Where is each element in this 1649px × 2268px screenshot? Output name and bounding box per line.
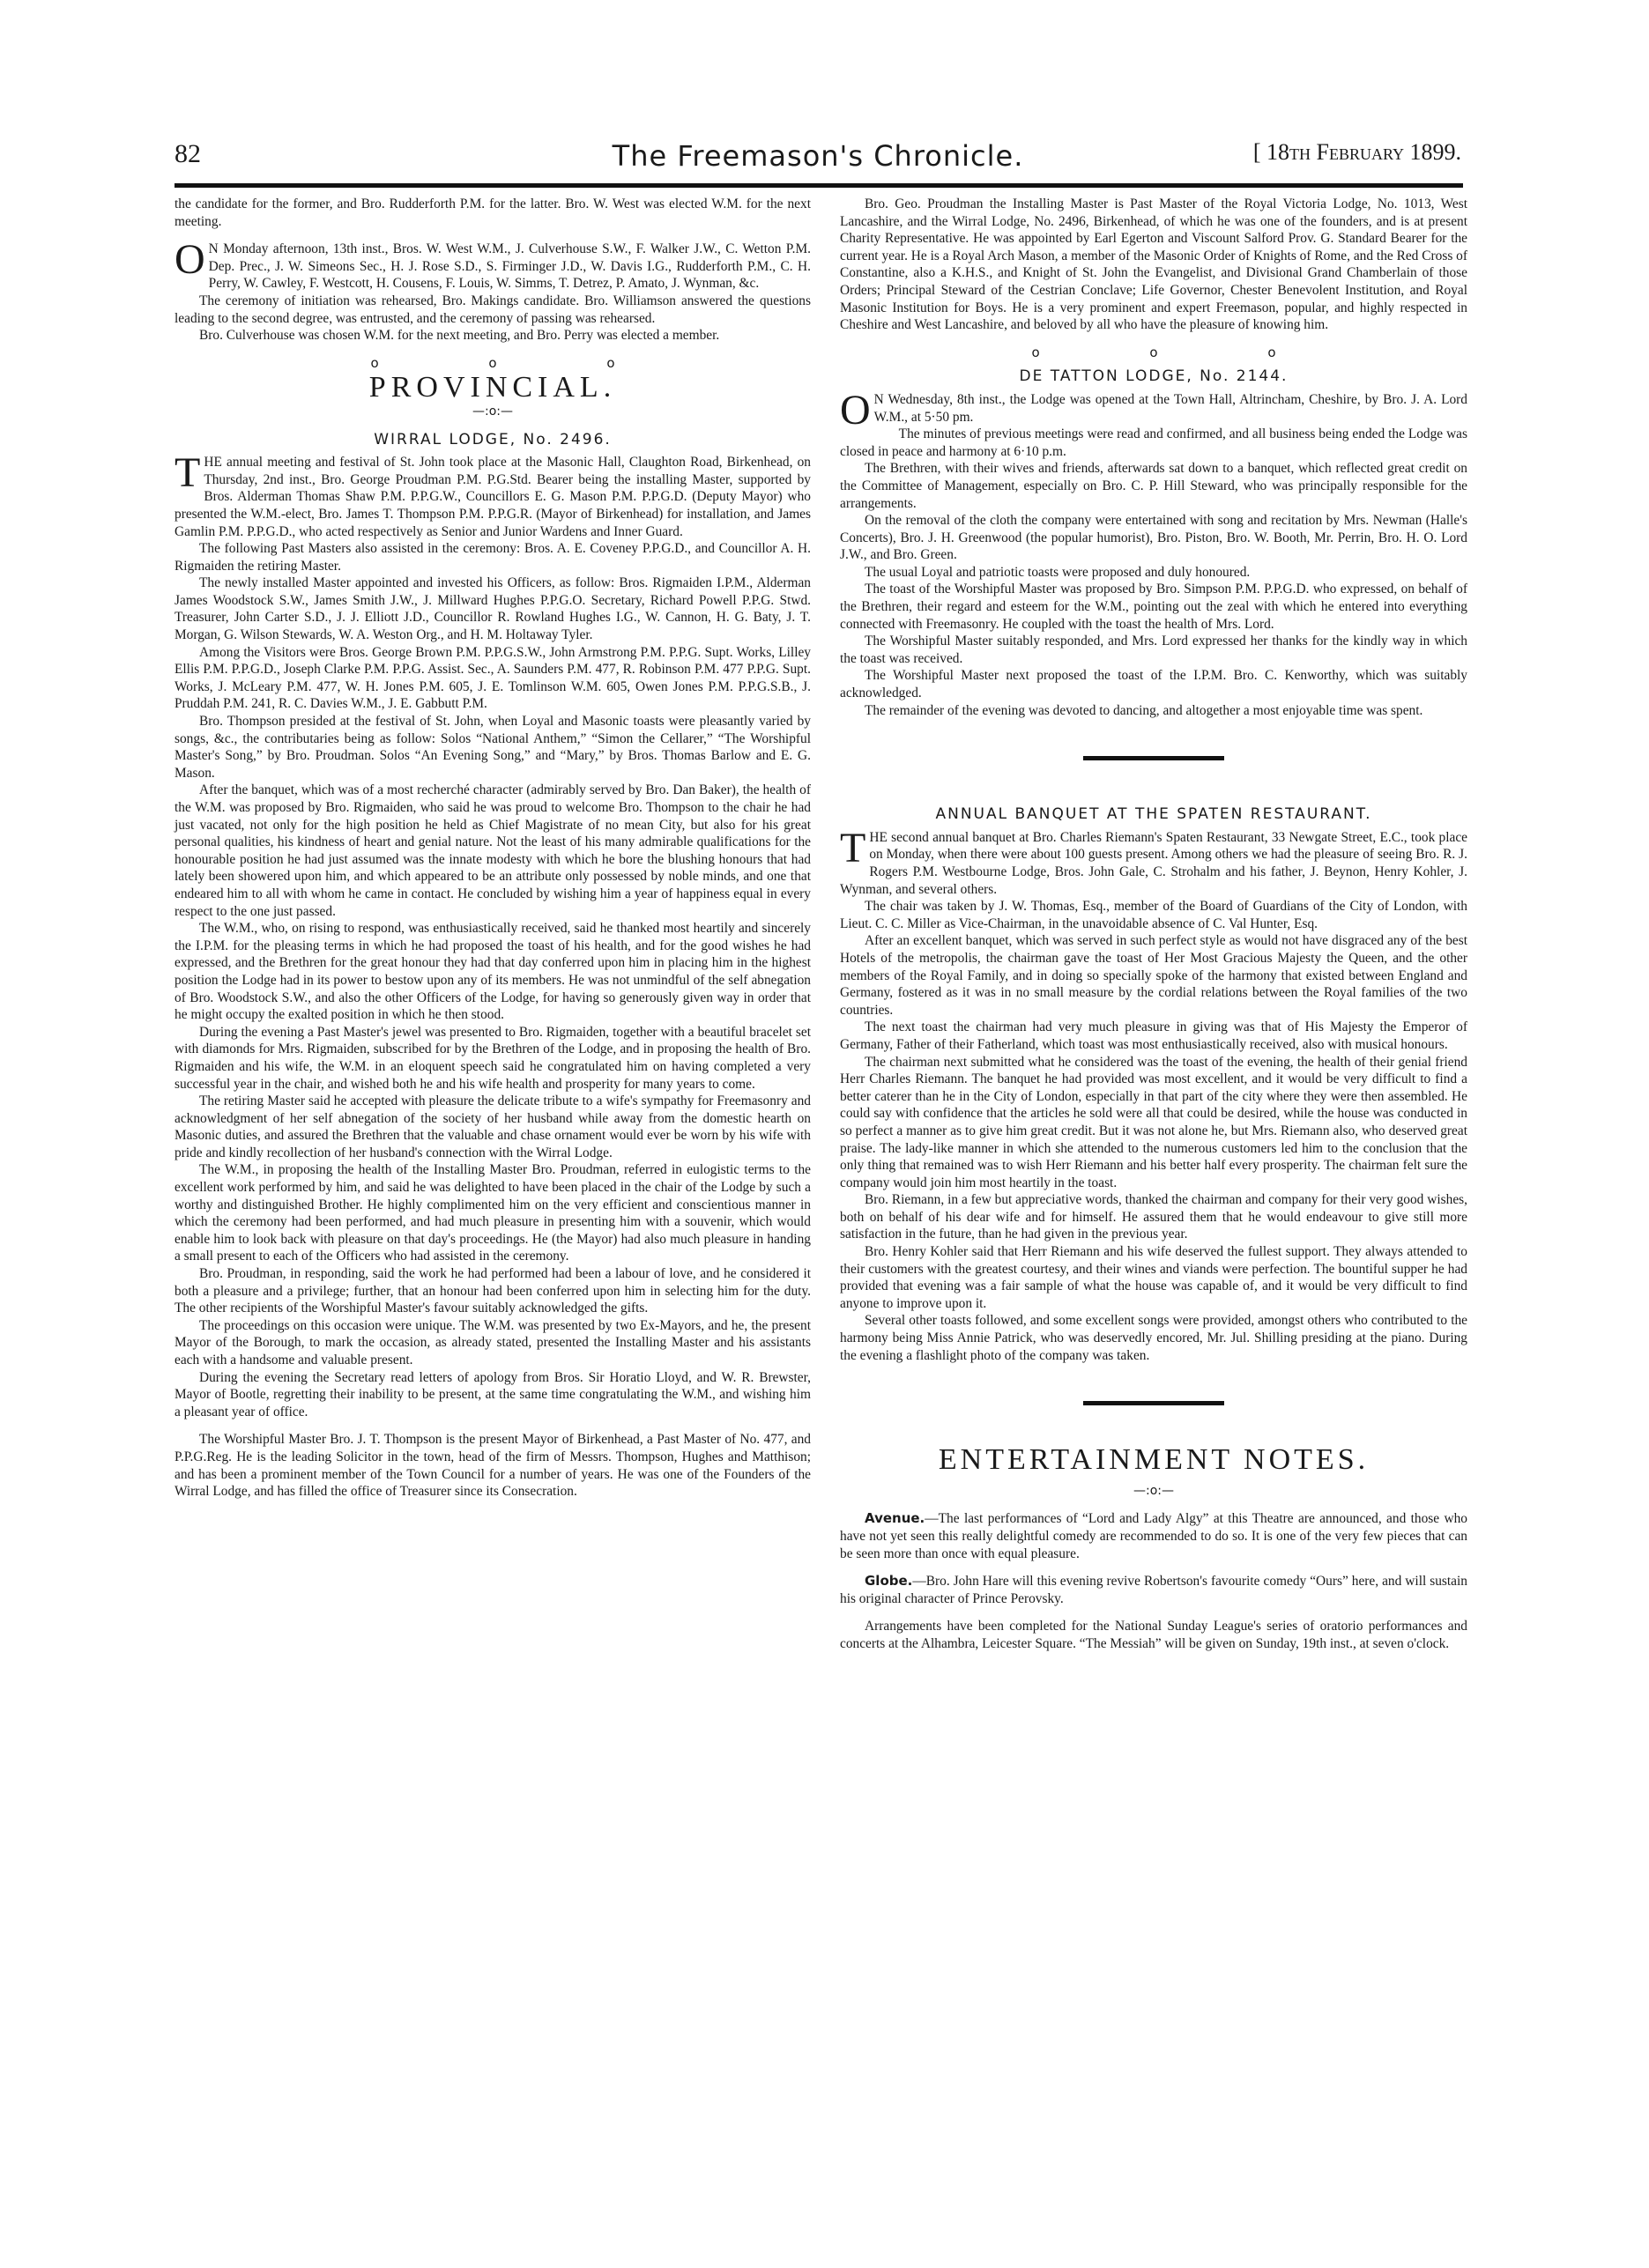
article-lead-paragraph: O N Wednesday, 8th inst., the Lodge was …: [840, 391, 1467, 426]
paragraph: During the evening the Secretary read le…: [175, 1369, 811, 1421]
section-ornament: o o o: [175, 355, 811, 373]
paragraph: The newly installed Master appointed and…: [175, 574, 811, 643]
paragraph: Bro. Henry Kohler said that Herr Riemann…: [840, 1243, 1467, 1312]
masthead: 82 The Freemason's Chronicle. [ 18th Feb…: [175, 139, 1461, 183]
paragraph: On the removal of the cloth the company …: [840, 512, 1467, 564]
entertainment-note-globe: Globe.—Bro. John Hare will this evening …: [840, 1573, 1467, 1607]
entertainment-note-sunday-league: Arrangements have been completed for the…: [840, 1618, 1467, 1652]
entertainment-note-avenue: Avenue.—The last performances of “Lord a…: [840, 1510, 1467, 1562]
section-title-entertainment-notes: ENTERTAINMENT NOTES.: [840, 1451, 1467, 1469]
issue-date: [ 18th February 1899.: [1253, 139, 1461, 166]
header-rule: [175, 183, 1463, 188]
paragraph: After the banquet, which was of a most r…: [175, 782, 811, 920]
drop-cap: O: [840, 393, 871, 428]
article-heading-de-tatton-lodge: DE TATTON LODGE, No. 2144.: [840, 368, 1467, 386]
right-column: Bro. Geo. Proudman the Installing Master…: [840, 196, 1467, 1653]
section-divider-rule: [1083, 756, 1224, 760]
carryover-paragraph: the candidate for the former, and Bro. R…: [175, 196, 811, 230]
paragraph: Bro. Geo. Proudman the Installing Master…: [840, 196, 1467, 334]
paragraph: Bro. Proudman, in responding, said the w…: [175, 1265, 811, 1317]
paragraph: The retiring Master said he accepted wit…: [175, 1093, 811, 1161]
paragraph: During the evening a Past Master's jewel…: [175, 1024, 811, 1093]
paragraph: The remainder of the evening was devoted…: [840, 702, 1467, 720]
paragraph: The proceedings on this occasion were un…: [175, 1317, 811, 1369]
section-separator: —:o:—: [840, 1483, 1467, 1501]
paragraph: The chairman next submitted what he cons…: [840, 1054, 1467, 1192]
paragraph: The usual Loyal and patriotic toasts wer…: [840, 564, 1467, 582]
paragraph: The Worshipful Master next proposed the …: [840, 667, 1467, 701]
paragraph: The next toast the chairman had very muc…: [840, 1019, 1467, 1053]
paragraph: The chair was taken by J. W. Thomas, Esq…: [840, 898, 1467, 932]
article-lead-paragraph: T HE second annual banquet at Bro. Charl…: [840, 829, 1467, 898]
paragraph: The W.M., who, on rising to respond, was…: [175, 920, 811, 1024]
paragraph: The following Past Masters also assisted…: [175, 540, 811, 574]
paragraph: The minutes of previous meetings were re…: [840, 426, 1467, 460]
section-title-provincial: PROVINCIAL.: [175, 379, 811, 397]
drop-cap: T: [175, 456, 200, 491]
paragraph: The toast of the Worshipful Master was p…: [840, 581, 1467, 633]
drop-cap: O: [175, 242, 205, 278]
paragraph: The ceremony of initiation was rehearsed…: [175, 293, 811, 327]
section-divider-rule: [1083, 1401, 1224, 1405]
paragraph: Bro. Culverhouse was chosen W.M. for the…: [175, 327, 811, 345]
section-ornament: o o o: [840, 345, 1467, 362]
section-separator: —:o:—: [175, 404, 811, 421]
drop-cap: T: [840, 831, 865, 866]
paragraph: The Brethren, with their wives and frien…: [840, 460, 1467, 512]
paragraph: The Worshipful Master suitably responded…: [840, 633, 1467, 667]
paragraph: Bro. Thompson presided at the festival o…: [175, 713, 811, 782]
meeting-report-paragraph: O N Monday afternoon, 13th inst., Bros. …: [175, 241, 811, 293]
left-column: the candidate for the former, and Bro. R…: [175, 196, 811, 1501]
paragraph: The Worshipful Master Bro. J. T. Thompso…: [175, 1431, 811, 1500]
paragraph: Several other toasts followed, and some …: [840, 1312, 1467, 1364]
article-heading-spaten-banquet: ANNUAL BANQUET AT THE SPATEN RESTAURANT.: [840, 806, 1467, 824]
paragraph: Among the Visitors were Bros. George Bro…: [175, 644, 811, 713]
paragraph: The W.M., in proposing the health of the…: [175, 1161, 811, 1265]
paragraph: After an excellent banquet, which was se…: [840, 932, 1467, 1019]
article-heading-wirral-lodge: WIRRAL LODGE, No. 2496.: [175, 432, 811, 449]
paragraph: Bro. Riemann, in a few but appreciative …: [840, 1191, 1467, 1243]
article-lead-paragraph: T HE annual meeting and festival of St. …: [175, 454, 811, 540]
